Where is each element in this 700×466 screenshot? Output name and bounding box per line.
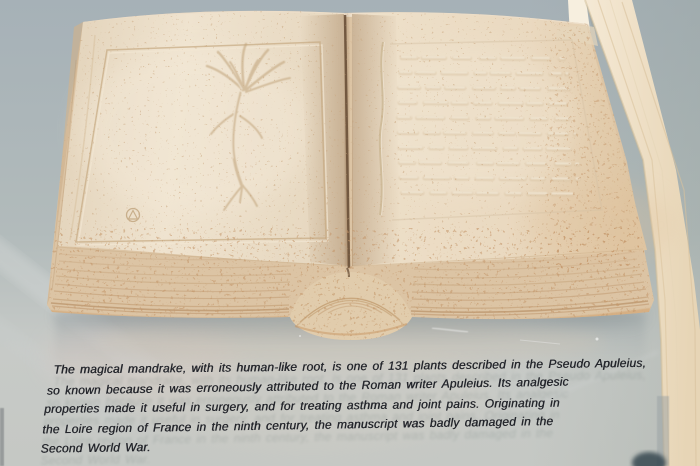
- stone-speckles: [40, 0, 660, 345]
- exhibit-photo: The magical mandrake, with its human-lik…: [0, 0, 700, 466]
- glass-front-edge: [0, 408, 4, 466]
- caption-handwriting: The magical mandrake, with its human-lik…: [39, 352, 700, 458]
- stone-book-sculpture: [40, 0, 670, 345]
